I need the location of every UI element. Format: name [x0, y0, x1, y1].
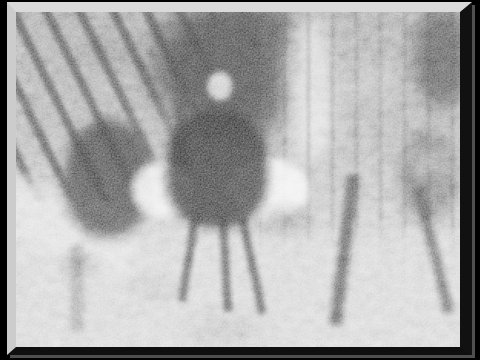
video-letterbox-stage — [0, 0, 480, 360]
photograph — [16, 12, 460, 347]
photo-frame — [7, 2, 472, 355]
film-grain-overlay — [16, 12, 460, 347]
